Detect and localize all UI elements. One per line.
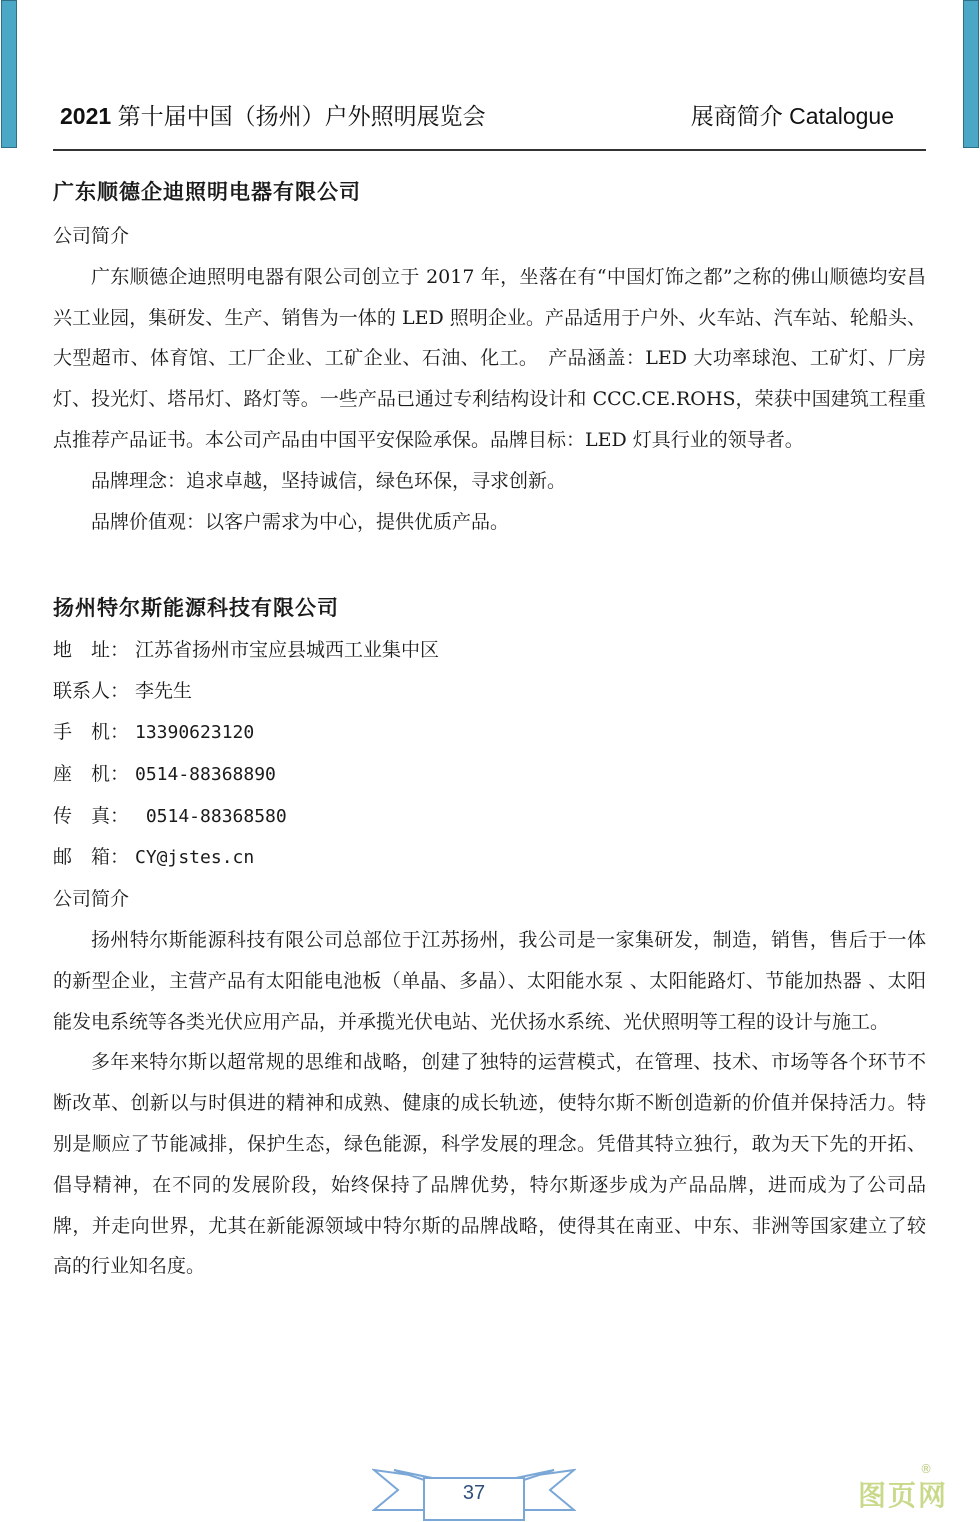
watermark-logo: 图页网: [858, 1474, 948, 1514]
company-entry-qidi: 广东顺德企迪照明电器有限公司 公司简介 广东顺德企迪照明电器有限公司创立于 20…: [53, 172, 926, 542]
history-paragraph: 多年来特尔斯以超常规的思维和战略，创建了独特的运营模式，在管理、技术、市场等各个…: [53, 1042, 926, 1287]
exhibition-name: 第十届中国（扬州）户外照明展览会: [118, 103, 486, 129]
brand-values: 品牌价值观：以客户需求为中心，提供优质产品。: [53, 502, 926, 543]
company-entry-tes: 扬州特尔斯能源科技有限公司 地 址：江苏省扬州市宝应县城西工业集中区 联系人：李…: [53, 588, 926, 1287]
intro-paragraph: 扬州特尔斯能源科技有限公司总部位于江苏扬州，我公司是一家集研发，制造，销售，售后…: [53, 920, 926, 1042]
exhibition-year: 2021: [60, 103, 111, 129]
left-decorative-bar: [1, 0, 17, 148]
company-name: 扬州特尔斯能源科技有限公司: [53, 588, 926, 628]
page-number: 37: [424, 1482, 524, 1505]
contact-landline: 座 机：0514-88368890: [53, 754, 926, 796]
section-spacer: [53, 542, 926, 588]
right-decorative-bar: [963, 0, 979, 148]
page-header: 2021 第十届中国（扬州）户外照明展览会 展商简介 Catalogue: [60, 98, 894, 134]
contact-mobile: 手 机：13390623120: [53, 712, 926, 754]
contact-list: 地 址：江苏省扬州市宝应县城西工业集中区 联系人：李先生 手 机：1339062…: [53, 630, 926, 879]
exhibition-title: 2021 第十届中国（扬州）户外照明展览会: [60, 98, 486, 131]
page-content: 广东顺德企迪照明电器有限公司 公司简介 广东顺德企迪照明电器有限公司创立于 20…: [53, 172, 926, 1287]
intro-label: 公司简介: [53, 879, 926, 920]
section-title: 展商简介 Catalogue: [691, 98, 894, 131]
contact-email: 邮 箱：CY@jstes.cn: [53, 837, 926, 879]
intro-label: 公司简介: [53, 216, 926, 257]
contact-fax: 传 真： 0514-88368580: [53, 796, 926, 838]
company-name: 广东顺德企迪照明电器有限公司: [53, 172, 926, 212]
brand-philosophy: 品牌理念：追求卓越，坚持诚信，绿色环保，寻求创新。: [53, 461, 926, 502]
registered-mark-icon: ®: [920, 1462, 932, 1476]
header-divider: [53, 149, 926, 151]
email-link[interactable]: CY@jstes.cn: [135, 847, 254, 868]
contact-person: 联系人：李先生: [53, 671, 926, 712]
page-number-ribbon: 37: [372, 1466, 576, 1522]
contact-address: 地 址：江苏省扬州市宝应县城西工业集中区: [53, 630, 926, 671]
intro-paragraph: 广东顺德企迪照明电器有限公司创立于 2017 年，坐落在有“中国灯饰之都”之称的…: [53, 257, 926, 461]
